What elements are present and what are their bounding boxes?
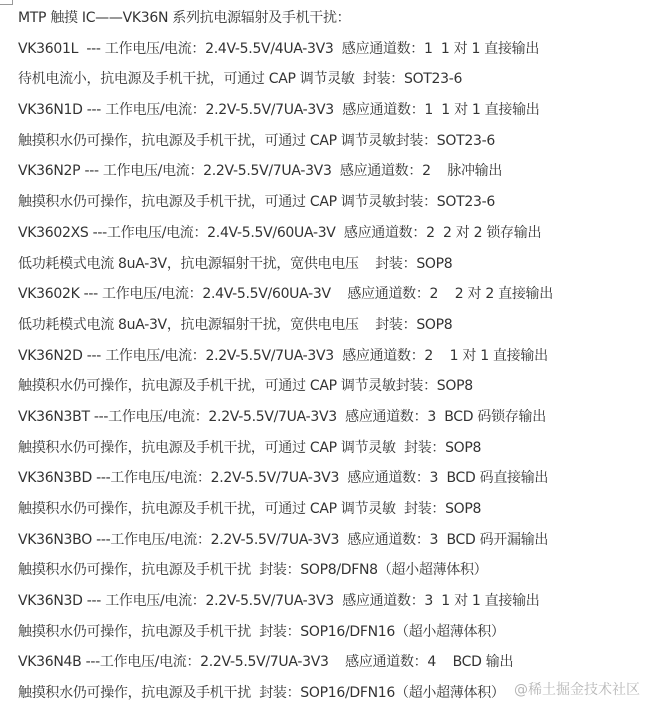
watermark: @稀土掘金技术社区	[514, 679, 640, 699]
spec-line: VK3601L --- 工作电压/电流：2.4V-5.5V/4UA-3V3 感应…	[18, 40, 654, 71]
spec-line: 触摸积水仍可操作，抗电源及手机干扰，可通过 CAP 调节灵敏封装：SOT23-6	[18, 193, 654, 224]
spec-line: VK3602XS ---工作电压/电流：2.4V-5.5V/60UA-3V 感应…	[18, 224, 654, 255]
spec-line: VK36N3BD ---工作电压/电流：2.2V-5.5V/7UA-3V3 感应…	[18, 469, 654, 500]
corner-border	[0, 0, 13, 5]
spec-line: VK36N1D --- 工作电压/电流：2.2V-5.5V/7UA-3V3 感应…	[18, 101, 654, 132]
spec-line: 触摸积水仍可操作，抗电源及手机干扰，可通过 CAP 调节灵敏封装：SOT23-6	[18, 132, 654, 163]
spec-line: VK3602K --- 工作电压/电流：2.4V-5.5V/60UA-3V 感应…	[18, 285, 654, 316]
spec-line: VK36N3BT ---工作电压/电流：2.2V-5.5V/7UA-3V3 感应…	[18, 408, 654, 439]
spec-line: 低功耗模式电流 8uA-3V，抗电源辐射干扰，宽供电电压 封装：SOP8	[18, 255, 654, 286]
spec-line: VK36N3BO ---工作电压/电流：2.2V-5.5V/7UA-3V3 感应…	[18, 531, 654, 562]
spec-line: 触摸积水仍可操作，抗电源及手机干扰 封装：SOP16/DFN16（超小超薄体积）	[18, 623, 654, 654]
spec-line: VK36N2D --- 工作电压/电流：2.2V-5.5V/7UA-3V3 感应…	[18, 347, 654, 378]
document-body: MTP 触摸 IC——VK36N 系列抗电源辐射及手机干扰： VK3601L -…	[18, 9, 654, 715]
spec-line: 低功耗模式电流 8uA-3V，抗电源辐射干扰，宽供电电压 封装：SOP8	[18, 316, 654, 347]
spec-line: 触摸积水仍可操作，抗电源及手机干扰，可通过 CAP 调节灵敏 封装：SOP8	[18, 439, 654, 470]
spec-line: VK36N2P --- 工作电压/电流：2.2V-5.5V/7UA-3V3 感应…	[18, 162, 654, 193]
document-title: MTP 触摸 IC——VK36N 系列抗电源辐射及手机干扰：	[18, 9, 654, 40]
spec-line: 待机电流小，抗电源及手机干扰，可通过 CAP 调节灵敏 封装：SOT23-6	[18, 70, 654, 101]
spec-line: 触摸积水仍可操作，抗电源及手机干扰，可通过 CAP 调节灵敏封装：SOP8	[18, 377, 654, 408]
spec-line: 触摸积水仍可操作，抗电源及手机干扰 封装：SOP8/DFN8（超小超薄体积）	[18, 561, 654, 592]
spec-line: VK36N3D --- 工作电压/电流：2.2V-5.5V/7UA-3V3 感应…	[18, 592, 654, 623]
spec-line: 触摸积水仍可操作，抗电源及手机干扰，可通过 CAP 调节灵敏 封装：SOP8	[18, 500, 654, 531]
